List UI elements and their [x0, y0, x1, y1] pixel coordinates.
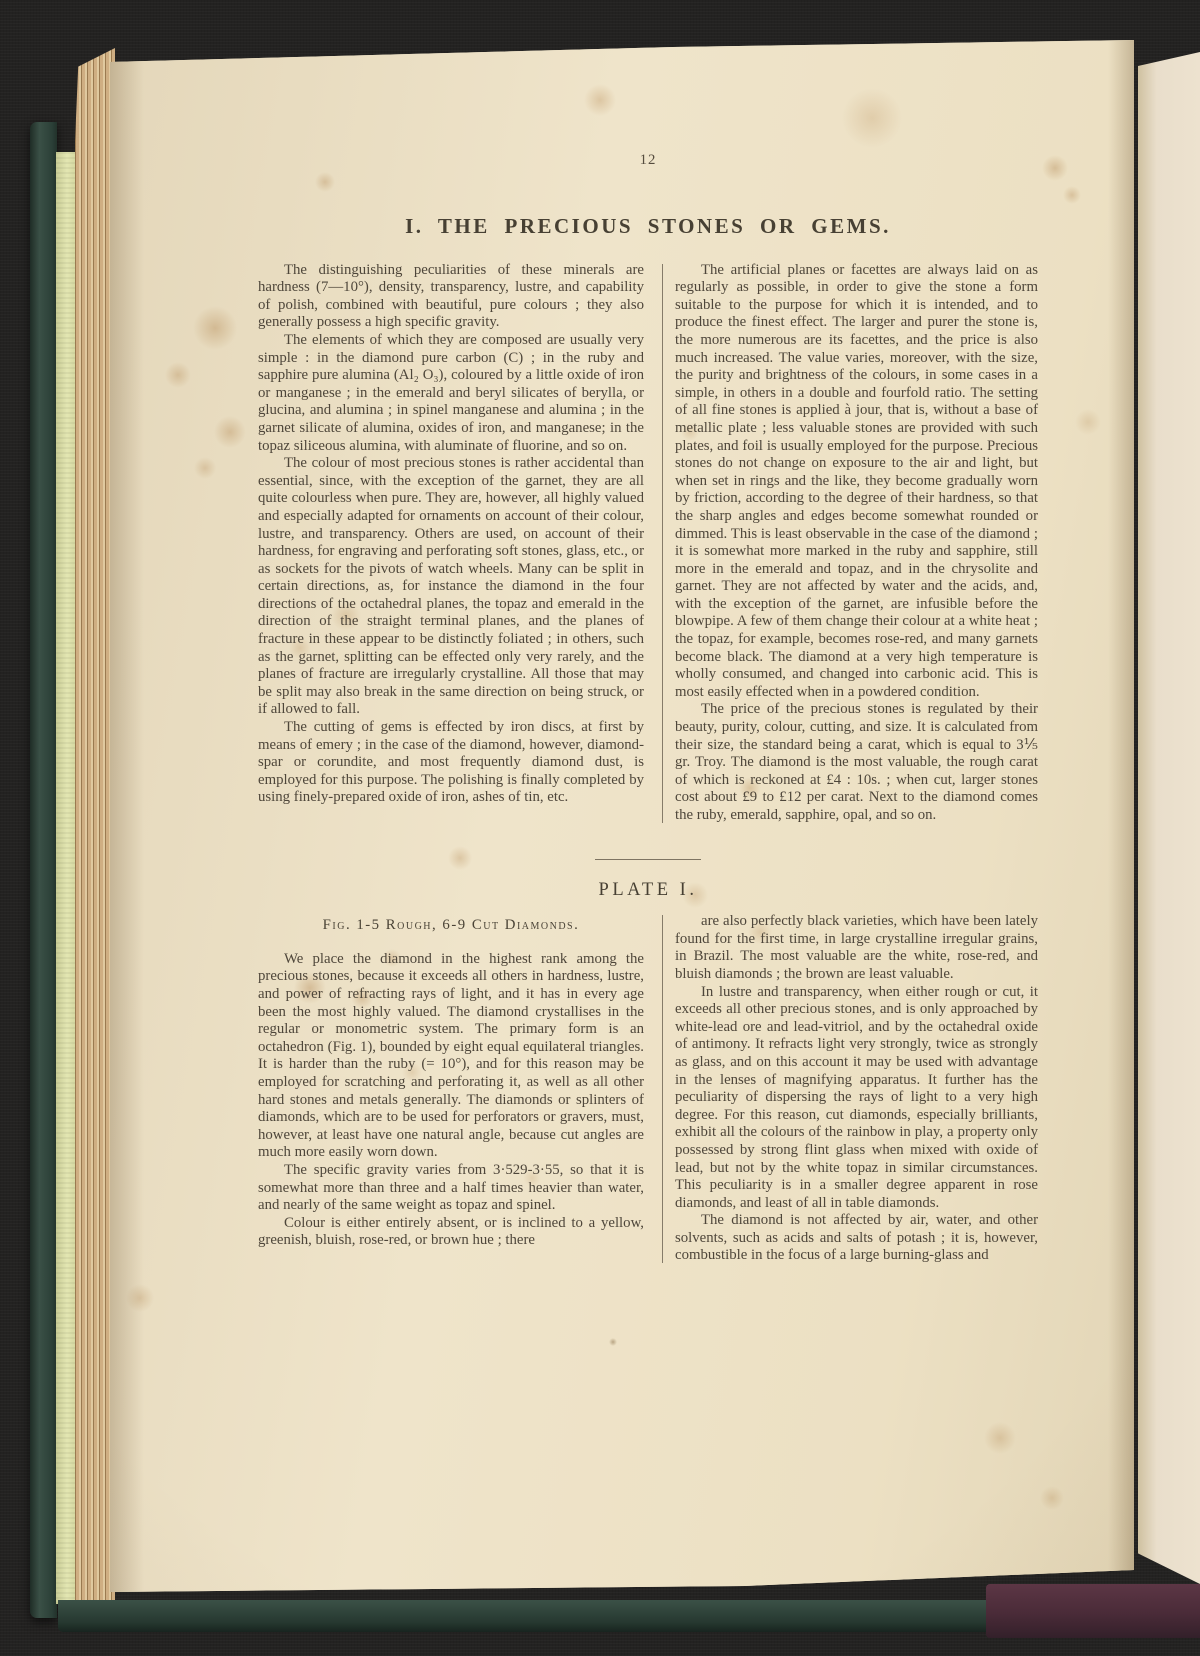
page-stack-edges [75, 48, 115, 1600]
endpaper-edge [56, 152, 76, 1604]
section-precious-stones: The distinguishing peculiarities of thes… [258, 262, 1038, 825]
gutter-shadow [110, 40, 144, 1598]
paragraph: Colour is either entirely absent, or is … [258, 1215, 644, 1250]
column-right: The artificial planes or facettes are al… [675, 262, 1038, 825]
fore-edge-shadow [1108, 40, 1134, 1598]
paragraph: are also perfectly black varieties, whic… [675, 913, 1038, 983]
printed-content: 12 I. THE PRECIOUS STONES OR GEMS. The d… [258, 152, 1038, 1265]
photo-background: 12 I. THE PRECIOUS STONES OR GEMS. The d… [0, 0, 1200, 1656]
section-plate-one: Fig. 1-5 Rough, 6-9 Cut Diamonds. We pla… [258, 913, 1038, 1265]
page-number: 12 [258, 152, 1038, 170]
paragraph: The elements of which they are composed … [258, 332, 644, 455]
column-left: The distinguishing peculiarities of thes… [258, 262, 644, 825]
paragraph: The artificial planes or facettes are al… [675, 262, 1038, 702]
column-divider-rule [662, 915, 663, 1263]
section-divider-rule [595, 859, 701, 860]
column-left: Fig. 1-5 Rough, 6-9 Cut Diamonds. We pla… [258, 913, 644, 1265]
paragraph: The specific gravity varies from 3·529-3… [258, 1162, 644, 1215]
paragraph: In lustre and transparency, when either … [675, 984, 1038, 1213]
binding-leather-strip [986, 1584, 1200, 1638]
paragraph: The cutting of gems is effected by iron … [258, 719, 644, 807]
page-title: I. THE PRECIOUS STONES OR GEMS. [258, 214, 1038, 238]
column-right: are also perfectly black varieties, whic… [675, 913, 1038, 1265]
paragraph: The distinguishing peculiarities of thes… [258, 262, 644, 332]
paragraph: We place the diamond in the highest rank… [258, 951, 644, 1162]
figure-caption: Fig. 1-5 Rough, 6-9 Cut Diamonds. [258, 917, 644, 935]
facing-page-edge [1138, 52, 1200, 1584]
paragraph: The diamond is not affected by air, wate… [675, 1212, 1038, 1265]
book-page: 12 I. THE PRECIOUS STONES OR GEMS. The d… [110, 40, 1134, 1598]
paragraph: The colour of most precious stones is ra… [258, 455, 644, 719]
column-divider-rule [662, 264, 663, 823]
paragraph: The price of the precious stones is regu… [675, 701, 1038, 824]
plate-heading: PLATE I. [258, 882, 1038, 900]
book-cover-edge [30, 122, 57, 1618]
bottom-cover-edge [58, 1600, 998, 1632]
